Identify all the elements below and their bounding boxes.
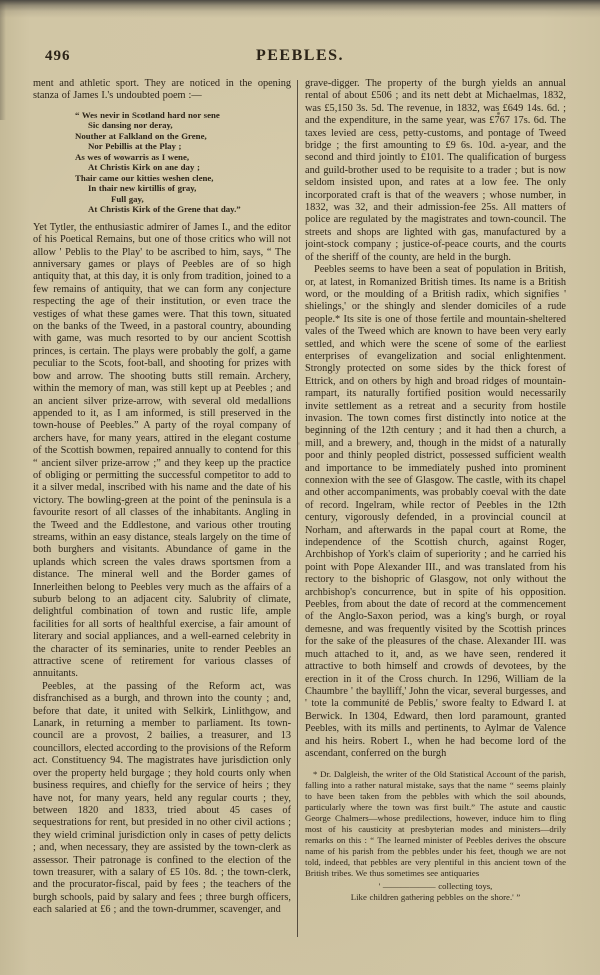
- poem-line: At Christis Kirk of the Grene that day.”: [88, 204, 291, 215]
- right-column: grave-digger. The property of the burgh …: [305, 78, 566, 975]
- poem-line: Nouther at Falkland on the Grene,: [75, 131, 291, 142]
- left-column: ment and athletic sport. They are notice…: [33, 78, 291, 975]
- poem-line: “ Wes nevir in Scotland hard nor sene: [75, 110, 291, 121]
- poem-quote: “ Wes nevir in Scotland hard nor sene Si…: [75, 110, 291, 215]
- text-columns: ment and athletic sport. They are notice…: [33, 78, 566, 975]
- footnote-quote-line: Like children gathering pebbles on the s…: [305, 892, 566, 903]
- left-intro-paragraph: ment and athletic sport. They are notice…: [33, 78, 291, 103]
- poem-line: Full gay,: [111, 194, 291, 205]
- right-intro-paragraph: grave-digger. The property of the burgh …: [305, 78, 566, 264]
- poem-line: As wes of wowarris as I wene,: [75, 152, 291, 163]
- paragraph: Yet Tytler, the enthusiastic admirer of …: [33, 222, 291, 681]
- footnote-text: * Dr. Dalgleish, the writer of the Old S…: [305, 769, 566, 878]
- left-paragraphs: Yet Tytler, the enthusiastic admirer of …: [33, 222, 291, 917]
- poem-line: In thair new kirtillis of gray,: [88, 183, 291, 194]
- footnote: * Dr. Dalgleish, the writer of the Old S…: [305, 769, 566, 903]
- poem-line: Nor Pebillis at the Play ;: [88, 141, 291, 152]
- running-title: PEEBLES.: [0, 47, 600, 65]
- poem-line: At Christis Kirk on ane day ;: [88, 162, 291, 173]
- poem-line: Thair came our kitties weshen clene,: [75, 173, 291, 184]
- right-paragraphs: Peebles seems to have been a seat of pop…: [305, 264, 566, 760]
- poem-line: Sic dansing nor deray,: [88, 120, 291, 131]
- footnote-quote: ' —————— collecting toys, Like children …: [305, 881, 566, 903]
- scan-edge-shadow-top: [0, 0, 600, 18]
- column-divider-rule: [297, 80, 298, 937]
- paragraph: Peebles, at the passing of the Reform ac…: [33, 681, 291, 917]
- page-header: 496 PEEBLES.: [0, 47, 600, 67]
- paragraph: Peebles seems to have been a seat of pop…: [305, 264, 566, 760]
- book-page-scan: 496 PEEBLES. ment and athletic sport. Th…: [0, 0, 600, 975]
- footnote-quote-line: ' —————— collecting toys,: [305, 881, 566, 892]
